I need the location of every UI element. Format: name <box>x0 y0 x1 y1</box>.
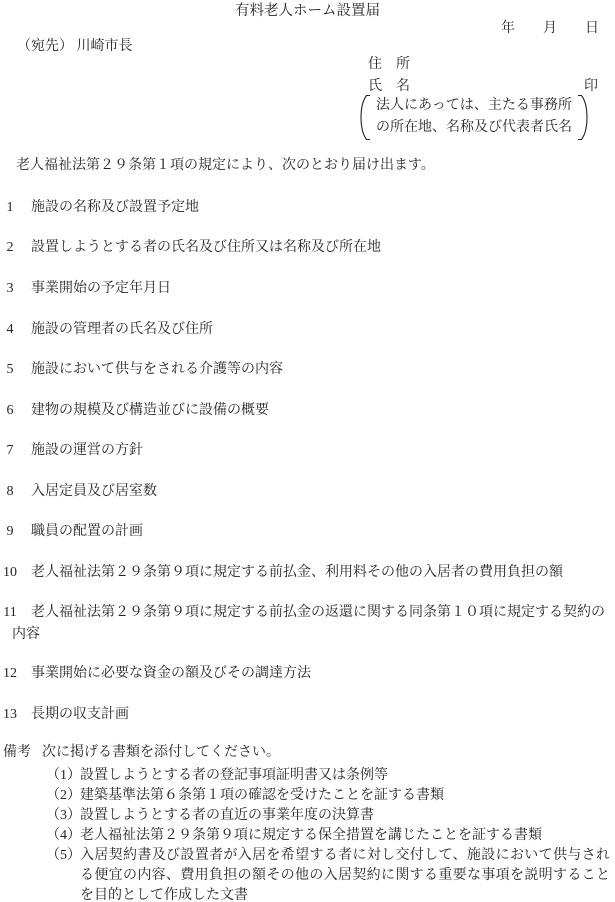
corporate-note: 法人にあっては、主たる事務所 の所在地、名称及び代表者氏名 <box>358 94 590 141</box>
item-text: 職員の配置の計画 <box>31 524 143 539</box>
left-bracket-icon <box>358 94 371 141</box>
note-number: （5） <box>46 846 80 902</box>
note-item-3: （3） 設置しようとする者の直近の事業年度の決算書 <box>46 806 612 826</box>
item-text: 事業開始に必要な資金の額及びその調達方法 <box>31 666 311 681</box>
list-item-8: 8 入居定員及び居室数 <box>2 484 18 499</box>
item-number: 6 <box>2 403 18 418</box>
list-item-11: 11 老人福祉法第２９条第９項に規定する前払金の返還に関する同条第１０項に規定す… <box>2 605 18 620</box>
note-text: 建築基準法第６条第１項の確認を受けたことを証する書類 <box>80 786 610 806</box>
corporate-note-line1: 法人にあっては、主たる事務所 <box>376 95 572 117</box>
item-number: 9 <box>2 524 18 539</box>
item-number: 10 <box>2 565 18 580</box>
intro-sentence: 老人福祉法第２９条第１項の規定により、次のとおり届け出ます。 <box>3 158 435 173</box>
item-text: 施設において供与をされる介護等の内容 <box>31 362 283 377</box>
item-text: 設置しようとする者の氏名及び住所又は名称及び所在地 <box>31 240 381 255</box>
remarks-note-list: （1） 設置しようとする者の登記事項証明書又は条例等 （2） 建築基準法第６条第… <box>46 766 612 902</box>
item-number: 5 <box>2 362 18 377</box>
document-title: 有料老人ホーム設置届 <box>0 4 615 19</box>
item-text: 老人福祉法第２９条第９項に規定する前払金、利用料その他の入居者の費用負担の額 <box>31 565 563 580</box>
seal-mark: 印 <box>584 79 598 94</box>
corporate-note-line2: の所在地、名称及び代表者氏名 <box>376 117 572 139</box>
list-item-5: 5 施設において供与をされる介護等の内容 <box>2 362 18 377</box>
item-number: 8 <box>2 484 18 499</box>
date-line: 年 月 日 <box>501 21 599 36</box>
sender-name-label: 氏 名 <box>368 79 410 94</box>
note-item-4: （4） 老人福祉法第２９条第９項に規定する保全措置を講じたことを証する書類 <box>46 826 612 846</box>
list-item-6: 6 建物の規模及び構造並びに設備の概要 <box>2 403 18 418</box>
note-number: （1） <box>46 766 80 786</box>
list-item-3: 3 事業開始の予定年月日 <box>2 281 18 296</box>
note-text: 設置しようとする者の登記事項証明書又は条例等 <box>80 766 610 786</box>
item-text: 施設の名称及び設置予定地 <box>31 200 199 215</box>
item-number: 2 <box>2 240 18 255</box>
sender-address-label: 住 所 <box>368 57 410 72</box>
note-item-2: （2） 建築基準法第６条第１項の確認を受けたことを証する書類 <box>46 786 612 806</box>
note-text: 老人福祉法第２９条第９項に規定する保全措置を講じたことを証する書類 <box>80 826 610 846</box>
document-page: 有料老人ホーム設置届 年 月 日 （宛先） 川崎市長 住 所 氏 名 印 法人に… <box>0 0 615 902</box>
remarks-lead: 次に掲げる書類を添付してください。 <box>42 745 280 760</box>
item-text: 施設の管理者の氏名及び住所 <box>31 322 213 337</box>
sender-name-row: 氏 名 印 <box>368 79 598 94</box>
note-item-1: （1） 設置しようとする者の登記事項証明書又は条例等 <box>46 766 612 786</box>
note-item-5: （5） 入居契約書及び設置者が入居を希望する者に対し交付して、施設において供与さ… <box>46 846 612 902</box>
list-item-1: 1 施設の名称及び設置予定地 <box>2 200 18 215</box>
item-text: 長期の収支計画 <box>31 707 129 722</box>
item-number: 1 <box>2 200 18 215</box>
note-number: （4） <box>46 826 80 846</box>
item-number: 3 <box>2 281 18 296</box>
list-item-12: 12 事業開始に必要な資金の額及びその調達方法 <box>2 666 18 681</box>
list-item-7: 7 施設の運営の方針 <box>2 443 18 458</box>
list-item-11-continuation: 内容 <box>12 627 40 642</box>
remarks-label: 備考 <box>3 745 31 760</box>
note-number: （3） <box>46 806 80 826</box>
note-text: 入居契約書及び設置者が入居を希望する者に対し交付して、施設において供与される便宜… <box>80 846 610 902</box>
note-number: （2） <box>46 786 80 806</box>
item-number: 7 <box>2 443 18 458</box>
addressee-line: （宛先） 川崎市長 <box>17 39 133 54</box>
item-text: 老人福祉法第２９条第９項に規定する前払金の返還に関する同条第１０項に規定する契約… <box>31 605 605 620</box>
list-item-9: 9 職員の配置の計画 <box>2 524 18 539</box>
list-item-10: 10 老人福祉法第２９条第９項に規定する前払金、利用料その他の入居者の費用負担の… <box>2 565 18 580</box>
right-bracket-icon <box>577 94 590 141</box>
corporate-note-text: 法人にあっては、主たる事務所 の所在地、名称及び代表者氏名 <box>371 94 577 141</box>
item-text: 事業開始の予定年月日 <box>31 281 171 296</box>
item-text: 施設の運営の方針 <box>31 443 143 458</box>
note-text: 設置しようとする者の直近の事業年度の決算書 <box>80 806 610 826</box>
list-item-4: 4 施設の管理者の氏名及び住所 <box>2 322 18 337</box>
item-text: 建物の規模及び構造並びに設備の概要 <box>31 403 269 418</box>
item-number: 12 <box>2 666 18 681</box>
item-number: 13 <box>2 707 18 722</box>
item-text: 入居定員及び居室数 <box>31 484 157 499</box>
list-item-2: 2 設置しようとする者の氏名及び住所又は名称及び所在地 <box>2 240 18 255</box>
item-number: 11 <box>2 605 18 620</box>
list-item-13: 13 長期の収支計画 <box>2 707 18 722</box>
item-number: 4 <box>2 322 18 337</box>
